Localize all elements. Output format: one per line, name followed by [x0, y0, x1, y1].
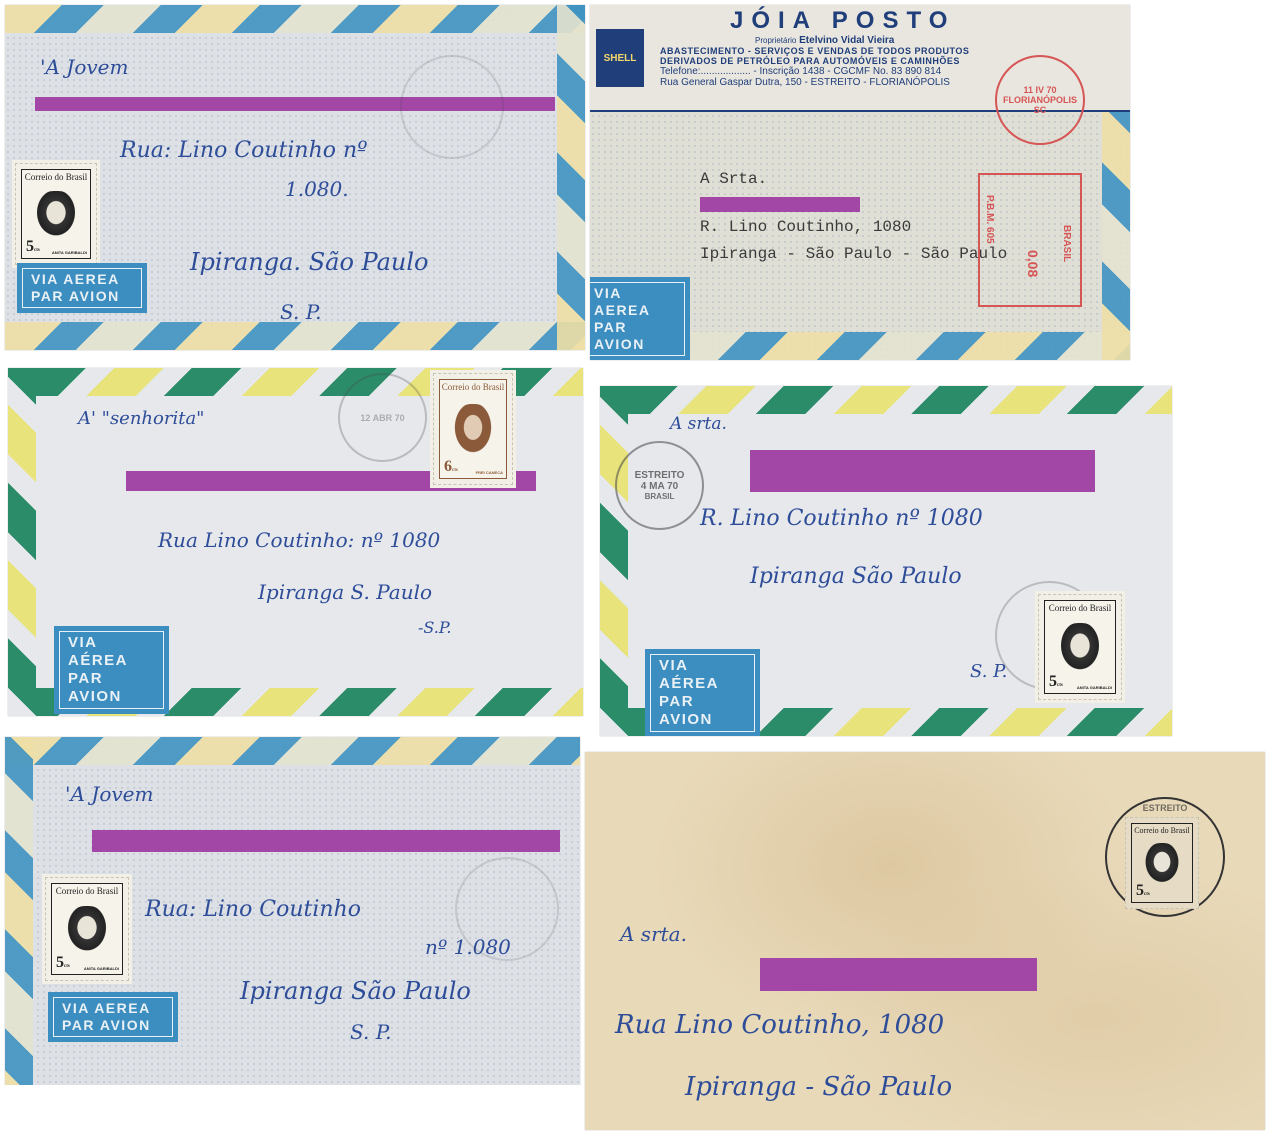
portrait-icon — [1058, 623, 1103, 673]
stamp-caption: ANITA GARIBALDI — [1077, 685, 1112, 690]
airmail-label-line1: VIA AEREA — [62, 1000, 164, 1017]
redacted-name — [760, 958, 1037, 991]
city-line: Ipiranga São Paulo — [750, 564, 962, 589]
page-margin — [0, 1085, 590, 1136]
address-line: Rua: Lino Coutinho — [145, 897, 361, 922]
address-line: R. Lino Coutinho nº 1080 — [700, 506, 983, 531]
airmail-label-line2: PAR AVION — [68, 670, 155, 706]
portrait-icon — [34, 191, 78, 239]
airmail-label-line2: PAR AVION — [659, 693, 746, 729]
stamp-title: Correio do Brasil — [1132, 824, 1192, 835]
airmail-label: VIA AÉREAPAR AVION — [645, 649, 760, 736]
stamp-title: Correio do Brasil — [52, 884, 122, 896]
portrait-icon — [452, 404, 494, 457]
state-line: S. P. — [280, 300, 321, 324]
postmark — [455, 857, 559, 961]
salutation: A srta. — [670, 414, 727, 434]
postmark: ESTREITO 4 MA 70 BRASIL — [615, 441, 704, 530]
stamp-title: Correio do Brasil — [22, 170, 90, 182]
airmail-label-line1: VIA AÉREA — [68, 634, 155, 670]
city-line: Ipiranga São Paulo — [240, 977, 471, 1005]
airmail-label-line1: VIA AEREA — [31, 271, 133, 288]
address-line: R. Lino Coutinho, 1080 — [700, 218, 911, 236]
address-line: Rua: Lino Coutinho nº — [120, 138, 368, 163]
airmail-border — [600, 386, 1172, 414]
salutation: 'A Jovem — [40, 55, 128, 79]
redacted-name — [700, 197, 860, 212]
city-line: Ipiranga. São Paulo — [190, 248, 428, 276]
postmark-city: ESTREITO — [635, 470, 685, 481]
meter-value: 0,08 — [1025, 250, 1041, 277]
letterhead-line: ABASTECIMENTO - SERVIÇOS E VENDAS DE TOD… — [660, 46, 969, 56]
meter-country: BRASIL — [1061, 225, 1072, 262]
stamp: Correio do Brasil5ctsANITA GARIBALDI — [15, 163, 97, 265]
airmail-label-line2: PAR AVION — [62, 1017, 164, 1034]
shell-logo-icon: SHELL — [596, 29, 644, 87]
stamp-value: 5cts — [1049, 673, 1063, 691]
envelope-4: A srta. R. Lino Coutinho nº 1080 Ipirang… — [600, 386, 1172, 736]
postmark-date: 4 MA 70 — [641, 481, 678, 492]
letterhead-name: JÓIA POSTO — [730, 7, 969, 35]
airmail-label: VIA AEREAPAR AVION — [17, 263, 147, 313]
owner-label: Proprietário — [755, 36, 796, 45]
airmail-border — [5, 322, 585, 350]
letterhead-line: Rua General Gaspar Dutra, 150 - ESTREITO… — [660, 77, 969, 88]
city-line: Ipiranga - São Paulo - São Paulo — [700, 245, 1007, 263]
letterhead-line: Telefone:.................. - Inscrição … — [660, 66, 969, 77]
meter-code: P.B.M. 605 — [984, 195, 995, 244]
state-line: S. P. — [970, 661, 1007, 682]
postmark-date: 11 IV 70 — [1023, 85, 1056, 95]
stamp: Correio do Brasil6ctsFREI CANECA — [433, 373, 513, 485]
airmail-label-line1: VIA AÉREA — [659, 657, 746, 693]
stamp-title: Correio do Brasil — [1045, 601, 1115, 613]
postmark-date: 12 ABR 70 — [360, 413, 404, 423]
postmark: 11 IV 70 FLORIANÓPOLIS SC — [995, 55, 1085, 145]
city-line: Ipiranga - São Paulo — [685, 1072, 952, 1102]
stamp: Correio do Brasil5ctsANITA GARIBALDI — [1038, 594, 1122, 700]
airmail-label-line1: VIA AEREA — [594, 285, 676, 319]
portrait-icon — [65, 906, 110, 955]
redacted-name — [92, 830, 560, 852]
airmail-label-line2: PAR AVION — [594, 319, 676, 353]
airmail-label: VIA AEREAPAR AVION — [48, 992, 178, 1042]
envelope-2: SHELL JÓIA POSTO Proprietário Etelvino V… — [590, 5, 1130, 360]
stamp-caption: FREI CANECA — [476, 470, 503, 475]
airmail-border — [5, 737, 580, 765]
address-line: Rua Lino Coutinho: nº 1080 — [158, 528, 440, 552]
stamp: Correio do Brasil5ctsANITA GARIBALDI — [45, 877, 129, 981]
postmark-city: ESTREITO — [1143, 803, 1188, 813]
stamp-value: 5cts — [56, 954, 70, 972]
stamp-caption: ANITA GARIBALDI — [52, 250, 87, 255]
stamp-caption: ANITA GARIBALDI — [84, 966, 119, 971]
airmail-border — [557, 5, 585, 350]
airmail-label-line2: PAR AVION — [31, 288, 133, 305]
stamp-value: 6cts — [444, 458, 458, 476]
salutation: A Srta. — [700, 170, 767, 188]
envelope-3: A' "senhorita" Rua Lino Coutinho: nº 108… — [8, 368, 583, 716]
postmark-city: FLORIANÓPOLIS SC — [997, 95, 1083, 115]
state-line: -S.P. — [418, 618, 452, 637]
portrait-icon — [1143, 843, 1181, 885]
stamp-value: 5cts — [1136, 882, 1150, 900]
postmark — [400, 55, 504, 159]
envelope-6: A srta. Rua Lino Coutinho, 1080 Ipiranga… — [585, 752, 1265, 1130]
salutation: A' "senhorita" — [78, 408, 204, 429]
stamp-value: 5cts — [26, 238, 40, 256]
state-line: S. P. — [350, 1020, 391, 1044]
postage-meter: P.B.M. 605 BRASIL 0,08 — [978, 173, 1082, 307]
salutation: 'A Jovem — [65, 782, 153, 806]
stamp-title: Correio do Brasil — [440, 380, 506, 392]
airmail-label: VIA AEREAPAR AVION — [590, 277, 690, 360]
stamp: Correio do Brasil5cts — [1125, 817, 1199, 909]
postmark-country: BRASIL — [645, 492, 675, 501]
envelope-1: 'A Jovem Rua: Lino Coutinho nº 1.080. Ip… — [5, 5, 585, 350]
city-line: Ipiranga S. Paulo — [258, 580, 432, 604]
salutation: A srta. — [620, 922, 687, 946]
address-number: 1.080. — [285, 177, 349, 201]
postmark: 12 ABR 70 — [338, 373, 427, 462]
airmail-border — [5, 737, 33, 1127]
airmail-border — [5, 5, 585, 33]
address-line: Rua Lino Coutinho, 1080 — [615, 1010, 944, 1040]
airmail-border — [600, 386, 628, 736]
owner-name: Etelvino Vidal Vieira — [799, 35, 894, 46]
letterhead-line: DERIVADOS DE PETRÓLEO PARA AUTOMÓVEIS E … — [660, 56, 969, 66]
envelope-5: 'A Jovem Rua: Lino Coutinho nº 1.080 Ipi… — [5, 737, 580, 1127]
redacted-name — [750, 450, 1095, 492]
airmail-border — [8, 368, 36, 716]
airmail-label: VIA AÉREAPAR AVION — [54, 626, 169, 714]
